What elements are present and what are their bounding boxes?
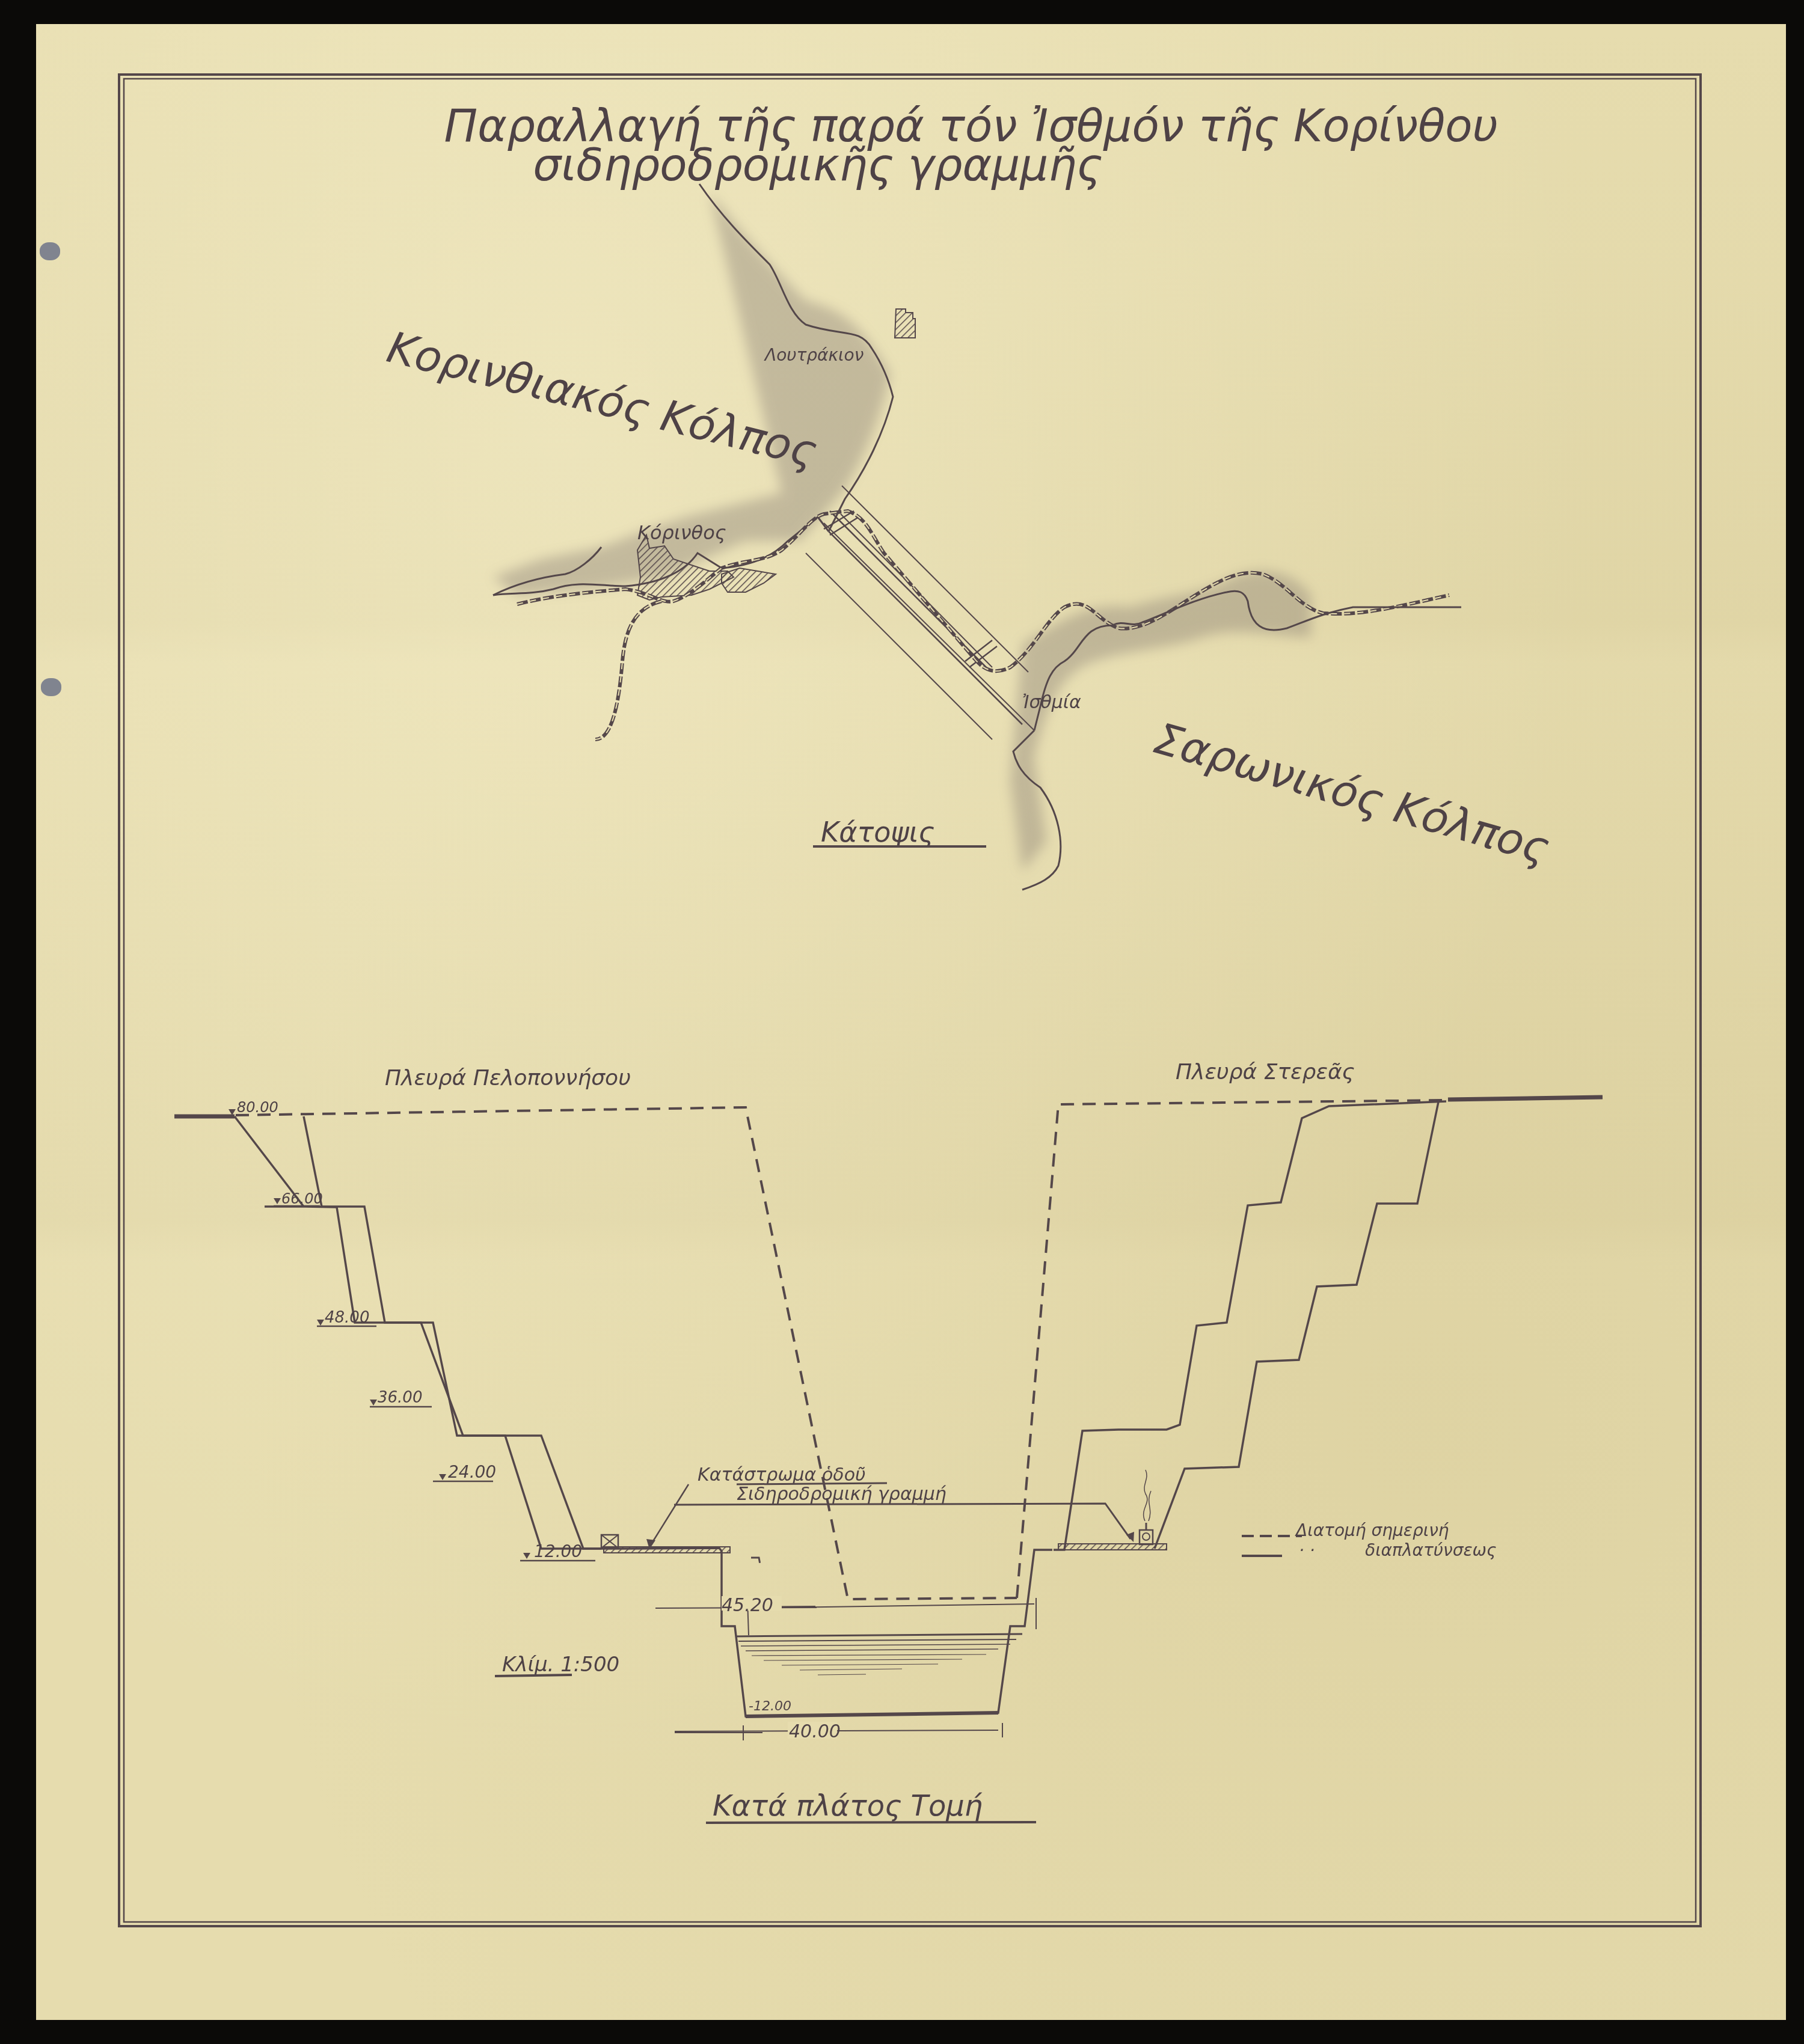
callout-road: Κατάστρωμα ὁδοῦ [646, 1464, 887, 1549]
label-corinth: Κόρινθος [637, 521, 726, 544]
plan-view: Κορινθιακός Κόλπος Σαρωνικός Κόλπος Λουτ… [382, 184, 1555, 890]
legend-existing-label: Διατομή σημερινή [1295, 1520, 1449, 1540]
callout-railway: Σιδηροδρομική γραμμή [674, 1484, 1134, 1542]
side-label-sterea: Πλευρά Στερεᾶς [1176, 1060, 1355, 1085]
section-caption: Κατά πλάτος Τομή [713, 1789, 983, 1823]
dim-water-width: 45.20 [722, 1595, 773, 1616]
legend: Διατομή σημερινή · · διαπλατύνσεως [1242, 1520, 1496, 1560]
label-saronic-gulf: Σαρωνικός Κόλπος [1149, 713, 1555, 874]
frame-border [119, 75, 1701, 1926]
document-title: Παραλλαγή τῆς παρά τόν Ἰσθμόν τῆς Κορίνθ… [444, 100, 1499, 191]
label-isthmia: Ἰσθμία [1022, 692, 1081, 713]
drawing-canvas: Παραλλαγή τῆς παρά τόν Ἰσθμόν τῆς Κορίνθ… [0, 0, 1804, 2044]
dimension-40-00: 40.00 -12.00 [675, 1699, 1002, 1742]
dim-bottom-width: 40.00 [789, 1721, 841, 1742]
water-hatching [735, 1634, 1022, 1675]
road-label: Κατάστρωμα ὁδοῦ [698, 1464, 865, 1486]
side-label-peloponnese: Πλευρά Πελοποννήσου [385, 1066, 631, 1091]
railway-label: Σιδηροδρομική γραμμή [737, 1484, 946, 1505]
dimension-45-20: 45.20 [655, 1595, 1036, 1635]
locomotive-icon [1140, 1470, 1153, 1544]
corinth-canal [806, 486, 1034, 739]
elevation-80: 80.00 [237, 1099, 278, 1116]
elevation-66: 66.00 [281, 1190, 323, 1207]
loutraki-town [895, 309, 915, 338]
scale-label: Κλίμ. 1:500 [502, 1653, 619, 1677]
elevation-24: 24.00 [448, 1462, 496, 1482]
plan-caption: Κάτοψις [821, 816, 934, 848]
elevation-36: 36.00 [378, 1389, 422, 1407]
road-deck [604, 1547, 730, 1553]
legend-ditto-marks: · · [1299, 1540, 1315, 1560]
title-line-2: σιδηροδρομικῆς γραμμῆς [533, 139, 1103, 191]
label-loutraki: Λουτράκιον [764, 345, 864, 365]
elevation-12: 12.00 [534, 1541, 582, 1561]
cross-section: Πλευρά Πελοποννήσου Πλευρά Στερεᾶς [174, 1060, 1603, 1823]
wagon-icon [601, 1535, 618, 1548]
elevation-48: 48.00 [325, 1309, 369, 1327]
elevation-markers: 80.00 66.00 48.00 36.00 24.00 12.00 [229, 1099, 595, 1561]
legend-widening-label: διαπλατύνσεως [1365, 1540, 1496, 1560]
bottom-elevation: -12.00 [749, 1699, 791, 1714]
